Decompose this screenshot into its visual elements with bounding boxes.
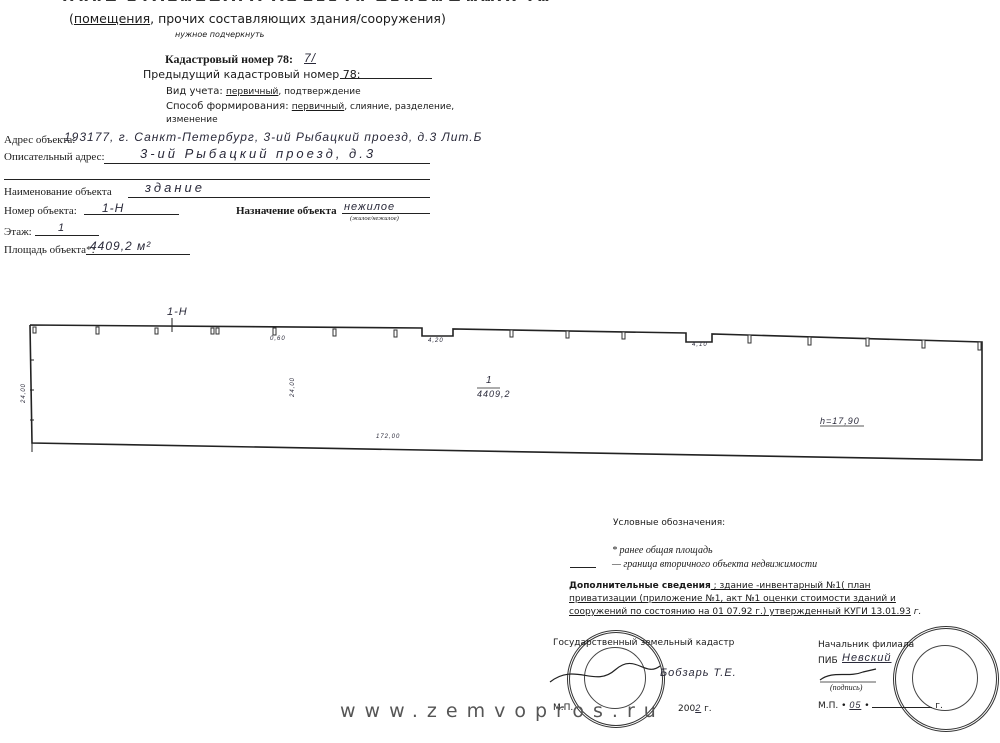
floor-line (35, 235, 99, 236)
previous-cadastral-field (340, 78, 432, 79)
object-purpose-value: нежилое (344, 201, 395, 213)
document-subtitle: (помещения, прочих составляющих здания/с… (69, 11, 446, 26)
additional-text-1: ; здание -инвентарный №1( план (711, 581, 871, 591)
left-date: 2002 г. (678, 703, 712, 714)
descriptive-address-value: 3-ий Рыбацкий проезд, д.3 (140, 146, 376, 161)
floor-label: Этаж: (4, 226, 32, 238)
notch1-dimension: 4,20 (428, 338, 444, 344)
additional-info-line3: сооружений по состоянию на 01 07.92 г.) … (569, 607, 921, 617)
inner-dimension: 24,00 (290, 377, 296, 397)
right-sep: • (864, 701, 869, 711)
right-sign-hint: (подпись) (830, 683, 862, 692)
right-org-value: Невский (842, 652, 892, 664)
additional-text-3: сооружений по состоянию на 01 07.92 г.) … (569, 607, 911, 617)
left-signature (545, 660, 665, 690)
object-purpose-line (342, 213, 430, 214)
legend-line-sample (570, 567, 596, 568)
right-signature (818, 666, 878, 684)
previous-cadastral-label: Предыдущий кадастровый номер 78: (143, 68, 360, 81)
additional-label: Дополнительные сведения (569, 581, 711, 591)
length-dimension: 172,00 (376, 434, 400, 440)
plan-object-label: 1-Н (167, 306, 188, 318)
year-prefix: 200 (678, 704, 695, 714)
notch2-dimension: 4,10 (692, 342, 708, 348)
right-mp-label: М.П. • (818, 701, 846, 711)
subtitle-underlined: помещения (74, 11, 150, 26)
object-name-label: Наименование объекта (4, 186, 112, 198)
left-signer-name: Бобзарь Т.Е. (660, 667, 737, 679)
formation-rest-2: изменение (166, 115, 218, 125)
additional-info-line1: Дополнительные сведения ; здание -инвент… (569, 581, 871, 591)
object-name-line (128, 197, 430, 198)
formation-label: Способ формирования: (166, 101, 289, 112)
accounting-type: Вид учета: первичный, подтверждение (166, 86, 361, 97)
formation-method: Способ формирования: первичный, слияние,… (166, 101, 454, 112)
descriptive-address-label: Описательный адрес: (4, 151, 105, 163)
accounting-rest: , подтверждение (278, 87, 360, 97)
left-org-label: Государственный земельный кадастр (553, 638, 734, 648)
formation-rest: , слияние, разделение, (344, 102, 454, 112)
additional-info-line2: приватизации (приложение №1, акт №1 оцен… (569, 594, 896, 604)
address-value: 193177, г. Санкт-Петербург, 3-ий Рыбацки… (64, 130, 482, 144)
subtitle-rest: , прочих составляющих здания/сооружения) (150, 11, 446, 26)
room-number: 1 (486, 375, 493, 386)
right-title: Начальник филиала (818, 640, 914, 650)
right-org-prefix: ПИБ (818, 656, 838, 666)
year-suffix: 2 (695, 703, 701, 713)
area-line (86, 254, 190, 255)
year-unit: г. (704, 704, 712, 714)
cadastral-number-value: 7/ (304, 51, 316, 65)
object-purpose-hint: (жилое/нежилое) (350, 215, 399, 222)
object-number-label: Номер объекта: (4, 205, 77, 217)
width-dimension: 24,00 (21, 383, 27, 403)
object-number-line (84, 214, 179, 215)
document-title: ПЛАН ВТОРИЧНОГО ОБЪЕКТА НЕДВИЖИМОСТИ (62, 0, 552, 1)
subtitle-hint: нужное подчеркнуть (175, 30, 264, 39)
object-purpose-label: Назначение объекта (236, 205, 337, 217)
pillar-dimension: 0,60 (270, 336, 286, 342)
formation-selected: первичный (292, 102, 344, 112)
cadastral-number-label: Кадастровый номер 78: (165, 52, 293, 67)
object-number-value: 1-Н (102, 201, 124, 215)
ceiling-height: h=17,90 (820, 416, 860, 426)
blank-line (4, 179, 430, 180)
watermark: www.zemvopros.ru (340, 700, 665, 722)
accounting-label: Вид учета: (166, 86, 223, 97)
room-area: 4409,2 (477, 389, 511, 399)
right-day: 05 (849, 700, 861, 710)
legend-title: Условные обозначения: (613, 518, 725, 528)
area-value: 4409,2 м² (90, 239, 151, 253)
descriptive-address-line (104, 163, 430, 164)
accounting-selected: первичный (226, 87, 278, 97)
right-mp: М.П. • 05 • г. (818, 700, 943, 711)
area-label: Площадь объекта*: (4, 244, 95, 256)
additional-text-3-end: г. (911, 607, 921, 617)
object-name-value: здание (145, 180, 205, 195)
legend-item-area: * ранее общая площадь (612, 545, 713, 556)
floor-value: 1 (58, 222, 65, 234)
right-year-unit: г. (935, 701, 943, 711)
legend-item-boundary: — граница вторичного объекта недвижимост… (612, 559, 817, 570)
